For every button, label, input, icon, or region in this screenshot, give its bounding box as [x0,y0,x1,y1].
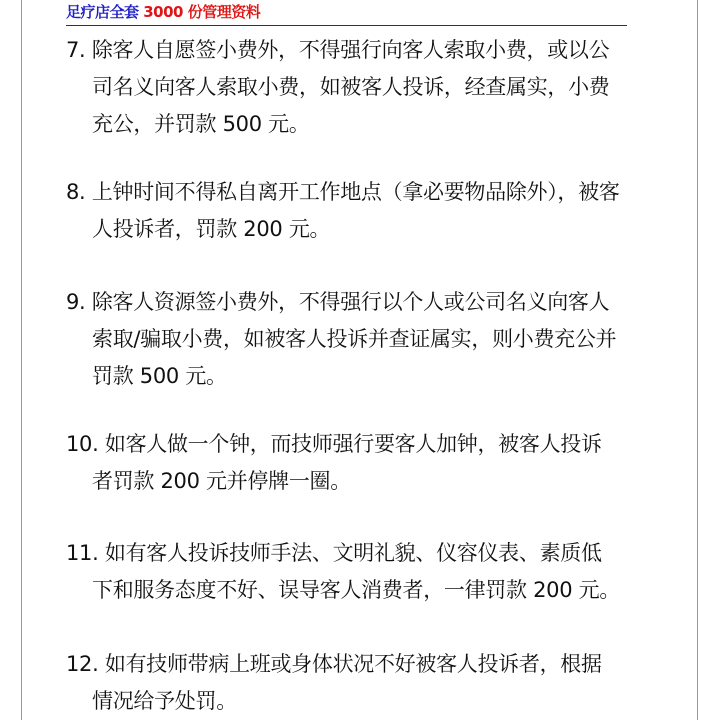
document-header: 足疗店全套 3000 份管理资料 [66,2,260,22]
item-text: 如有客人投诉技师手法、文明礼貌、仪容仪表、素质低 [99,541,602,565]
item-text: 如有技师带病上班或身体状况不好被客人投诉者，根据 [99,652,602,676]
item-text: 如客人做一个钟，而技师强行要客人加钟，被客人投诉 [99,432,602,456]
rule-item-9: 9. 除客人资源签小费外，不得强行以个人或公司名义向客人 索取/骗取小费，如被客… [66,284,646,395]
item-number: 10. [66,426,99,463]
header-title-blue: 足疗店全套 [66,3,139,21]
rule-item-7: 7. 除客人自愿签小费外，不得强行向客人索取小费，或以公 司名义向客人索取小费，… [66,32,646,143]
rule-item-11: 11. 如有客人投诉技师手法、文明礼貌、仪容仪表、素质低 下和服务态度不好、误导… [66,535,646,609]
item-text: 人投诉者，罚款 200 元。 [66,211,646,248]
item-text: 索取/骗取小费，如被客人投诉并查证属实，则小费充公并 [66,321,646,358]
header-title-red: 3000 份管理资料 [143,3,260,21]
rule-item-12: 12. 如有技师带病上班或身体状况不好被客人投诉者，根据 情况给予处罚。 [66,646,646,720]
item-text: 上钟时间不得私自离开工作地点（拿必要物品除外），被客 [92,180,620,204]
item-number: 7. [66,32,85,69]
item-text: 除客人资源签小费外，不得强行以个人或公司名义向客人 [92,290,610,314]
item-number: 8. [66,174,85,211]
item-text: 者罚款 200 元并停牌一圈。 [66,463,646,500]
page-border-left [21,0,22,720]
item-text: 情况给予处罚。 [66,683,646,720]
item-number: 12. [66,646,99,683]
header-divider [66,25,627,26]
page-border-right [697,0,698,720]
rule-item-10: 10. 如客人做一个钟，而技师强行要客人加钟，被客人投诉 者罚款 200 元并停… [66,426,646,500]
item-text: 除客人自愿签小费外，不得强行向客人索取小费，或以公 [92,38,610,62]
item-number: 9. [66,284,85,321]
item-text: 司名义向客人索取小费，如被客人投诉，经查属实，小费 [66,69,646,106]
item-text: 充公，并罚款 500 元。 [66,106,646,143]
item-text: 罚款 500 元。 [66,358,646,395]
rule-item-8: 8. 上钟时间不得私自离开工作地点（拿必要物品除外），被客 人投诉者，罚款 20… [66,174,646,248]
item-number: 11. [66,535,99,572]
item-text: 下和服务态度不好、误导客人消费者，一律罚款 200 元。 [66,572,646,609]
